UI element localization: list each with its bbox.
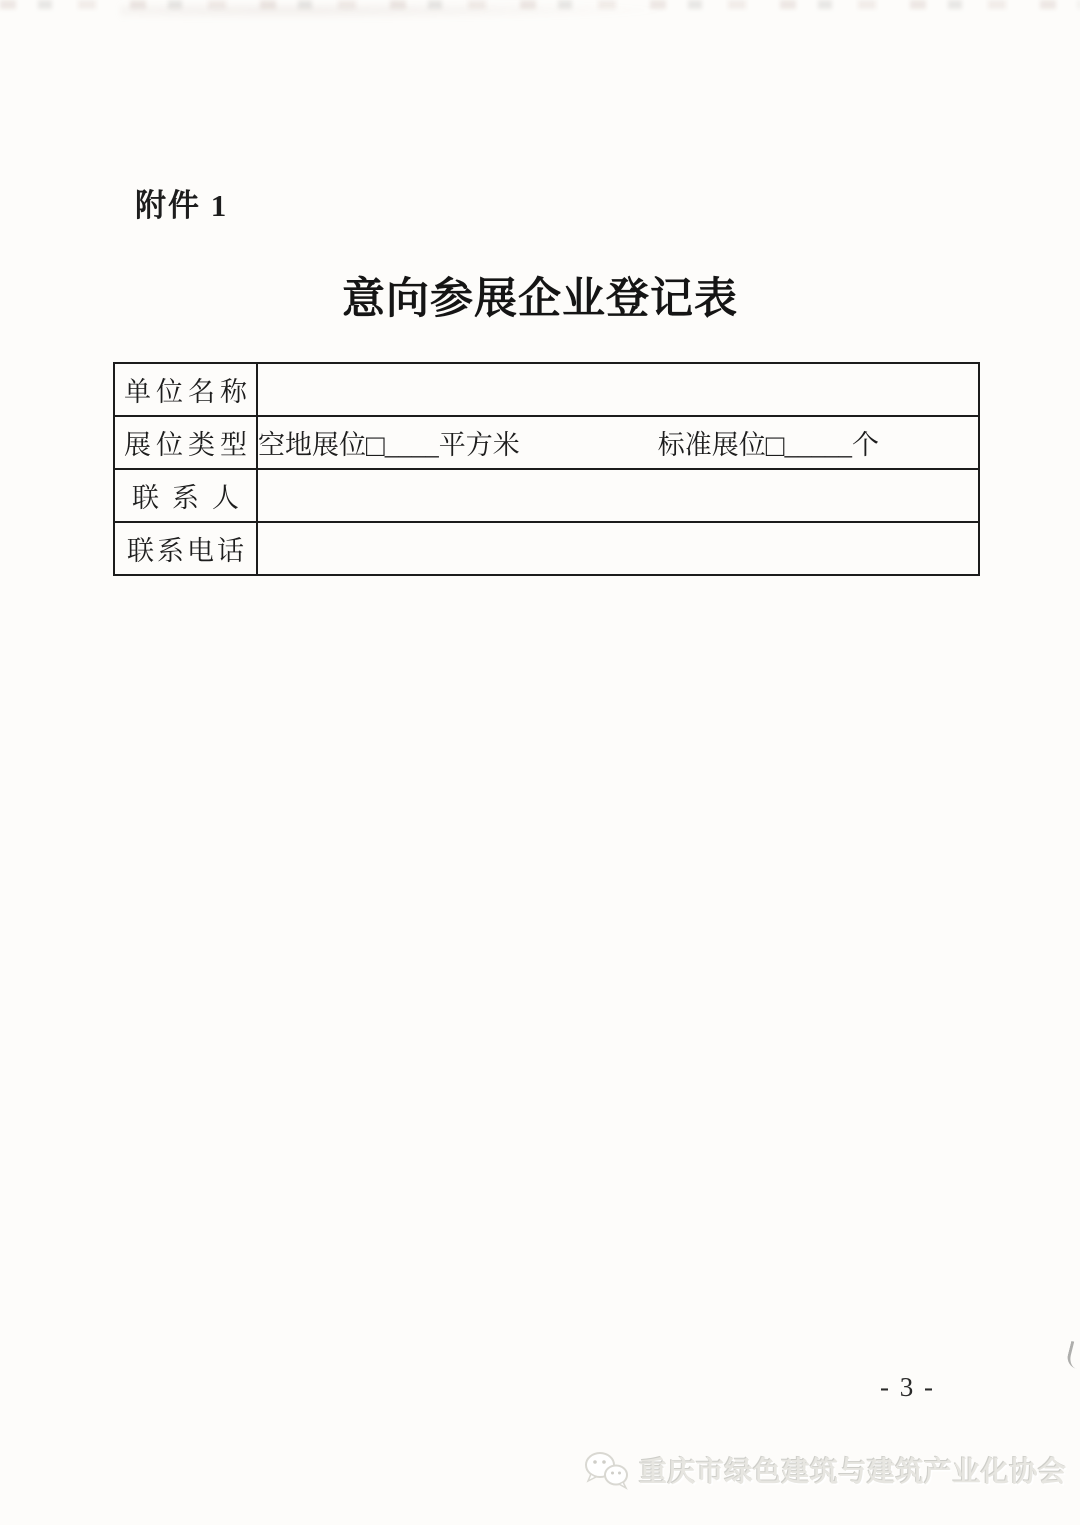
document-title: 意向参展企业登记表 xyxy=(0,265,1080,326)
page-number: - 3 - xyxy=(880,1372,935,1403)
open-booth-area-blank: ____ xyxy=(385,430,439,460)
contact-phone-value-cell xyxy=(257,522,979,575)
table-row-unit-name: 单位名称 xyxy=(114,363,979,416)
wechat-icon xyxy=(583,1450,631,1490)
contact-person-label: 联系人 xyxy=(132,476,252,515)
open-booth-unit: 平方米 xyxy=(439,430,520,460)
unit-name-label: 单位名称 xyxy=(124,370,252,409)
footer-watermark: 重庆市绿色建筑与建筑产业化协会 xyxy=(583,1450,1067,1490)
booth-type-value-cell: 空地展位□____平方米标准展位□_____个 xyxy=(257,416,979,469)
open-booth-option: 空地展位□____平方米 xyxy=(258,430,520,460)
standard-booth-count-blank: _____ xyxy=(784,430,852,460)
standard-booth-label: 标准展位 xyxy=(658,430,766,460)
registration-form-table: 单位名称 展位类型 空地展位□____平方米标准展位□_____个 联系人 xyxy=(113,362,980,576)
booth-type-label: 展位类型 xyxy=(124,423,252,462)
contact-phone-label-cell: 联系电话 xyxy=(114,522,257,575)
scan-artifact xyxy=(1065,1341,1080,1369)
table-row-contact-person: 联系人 xyxy=(114,469,979,522)
standard-booth-unit: 个 xyxy=(852,430,879,460)
scan-smudge xyxy=(120,4,680,20)
open-booth-checkbox-icon: □ xyxy=(366,430,385,461)
table-row-contact-phone: 联系电话 xyxy=(114,522,979,575)
scanned-document-page: 附件 1 意向参展企业登记表 单位名称 展位类型 空地展位□____平方米标准展… xyxy=(0,0,1080,1525)
table-row-booth-type: 展位类型 空地展位□____平方米标准展位□_____个 xyxy=(114,416,979,469)
contact-phone-label: 联系电话 xyxy=(127,529,247,568)
unit-name-label-cell: 单位名称 xyxy=(114,363,257,416)
unit-name-value-cell xyxy=(257,363,979,416)
watermark-text: 重庆市绿色建筑与建筑产业化协会 xyxy=(639,1450,1067,1490)
attachment-label: 附件 1 xyxy=(135,180,228,225)
standard-booth-option: 标准展位□_____个 xyxy=(658,430,879,460)
booth-type-label-cell: 展位类型 xyxy=(114,416,257,469)
contact-person-label-cell: 联系人 xyxy=(114,469,257,522)
contact-person-value-cell xyxy=(257,469,979,522)
open-booth-label: 空地展位 xyxy=(258,430,366,460)
standard-booth-checkbox-icon: □ xyxy=(766,430,785,461)
